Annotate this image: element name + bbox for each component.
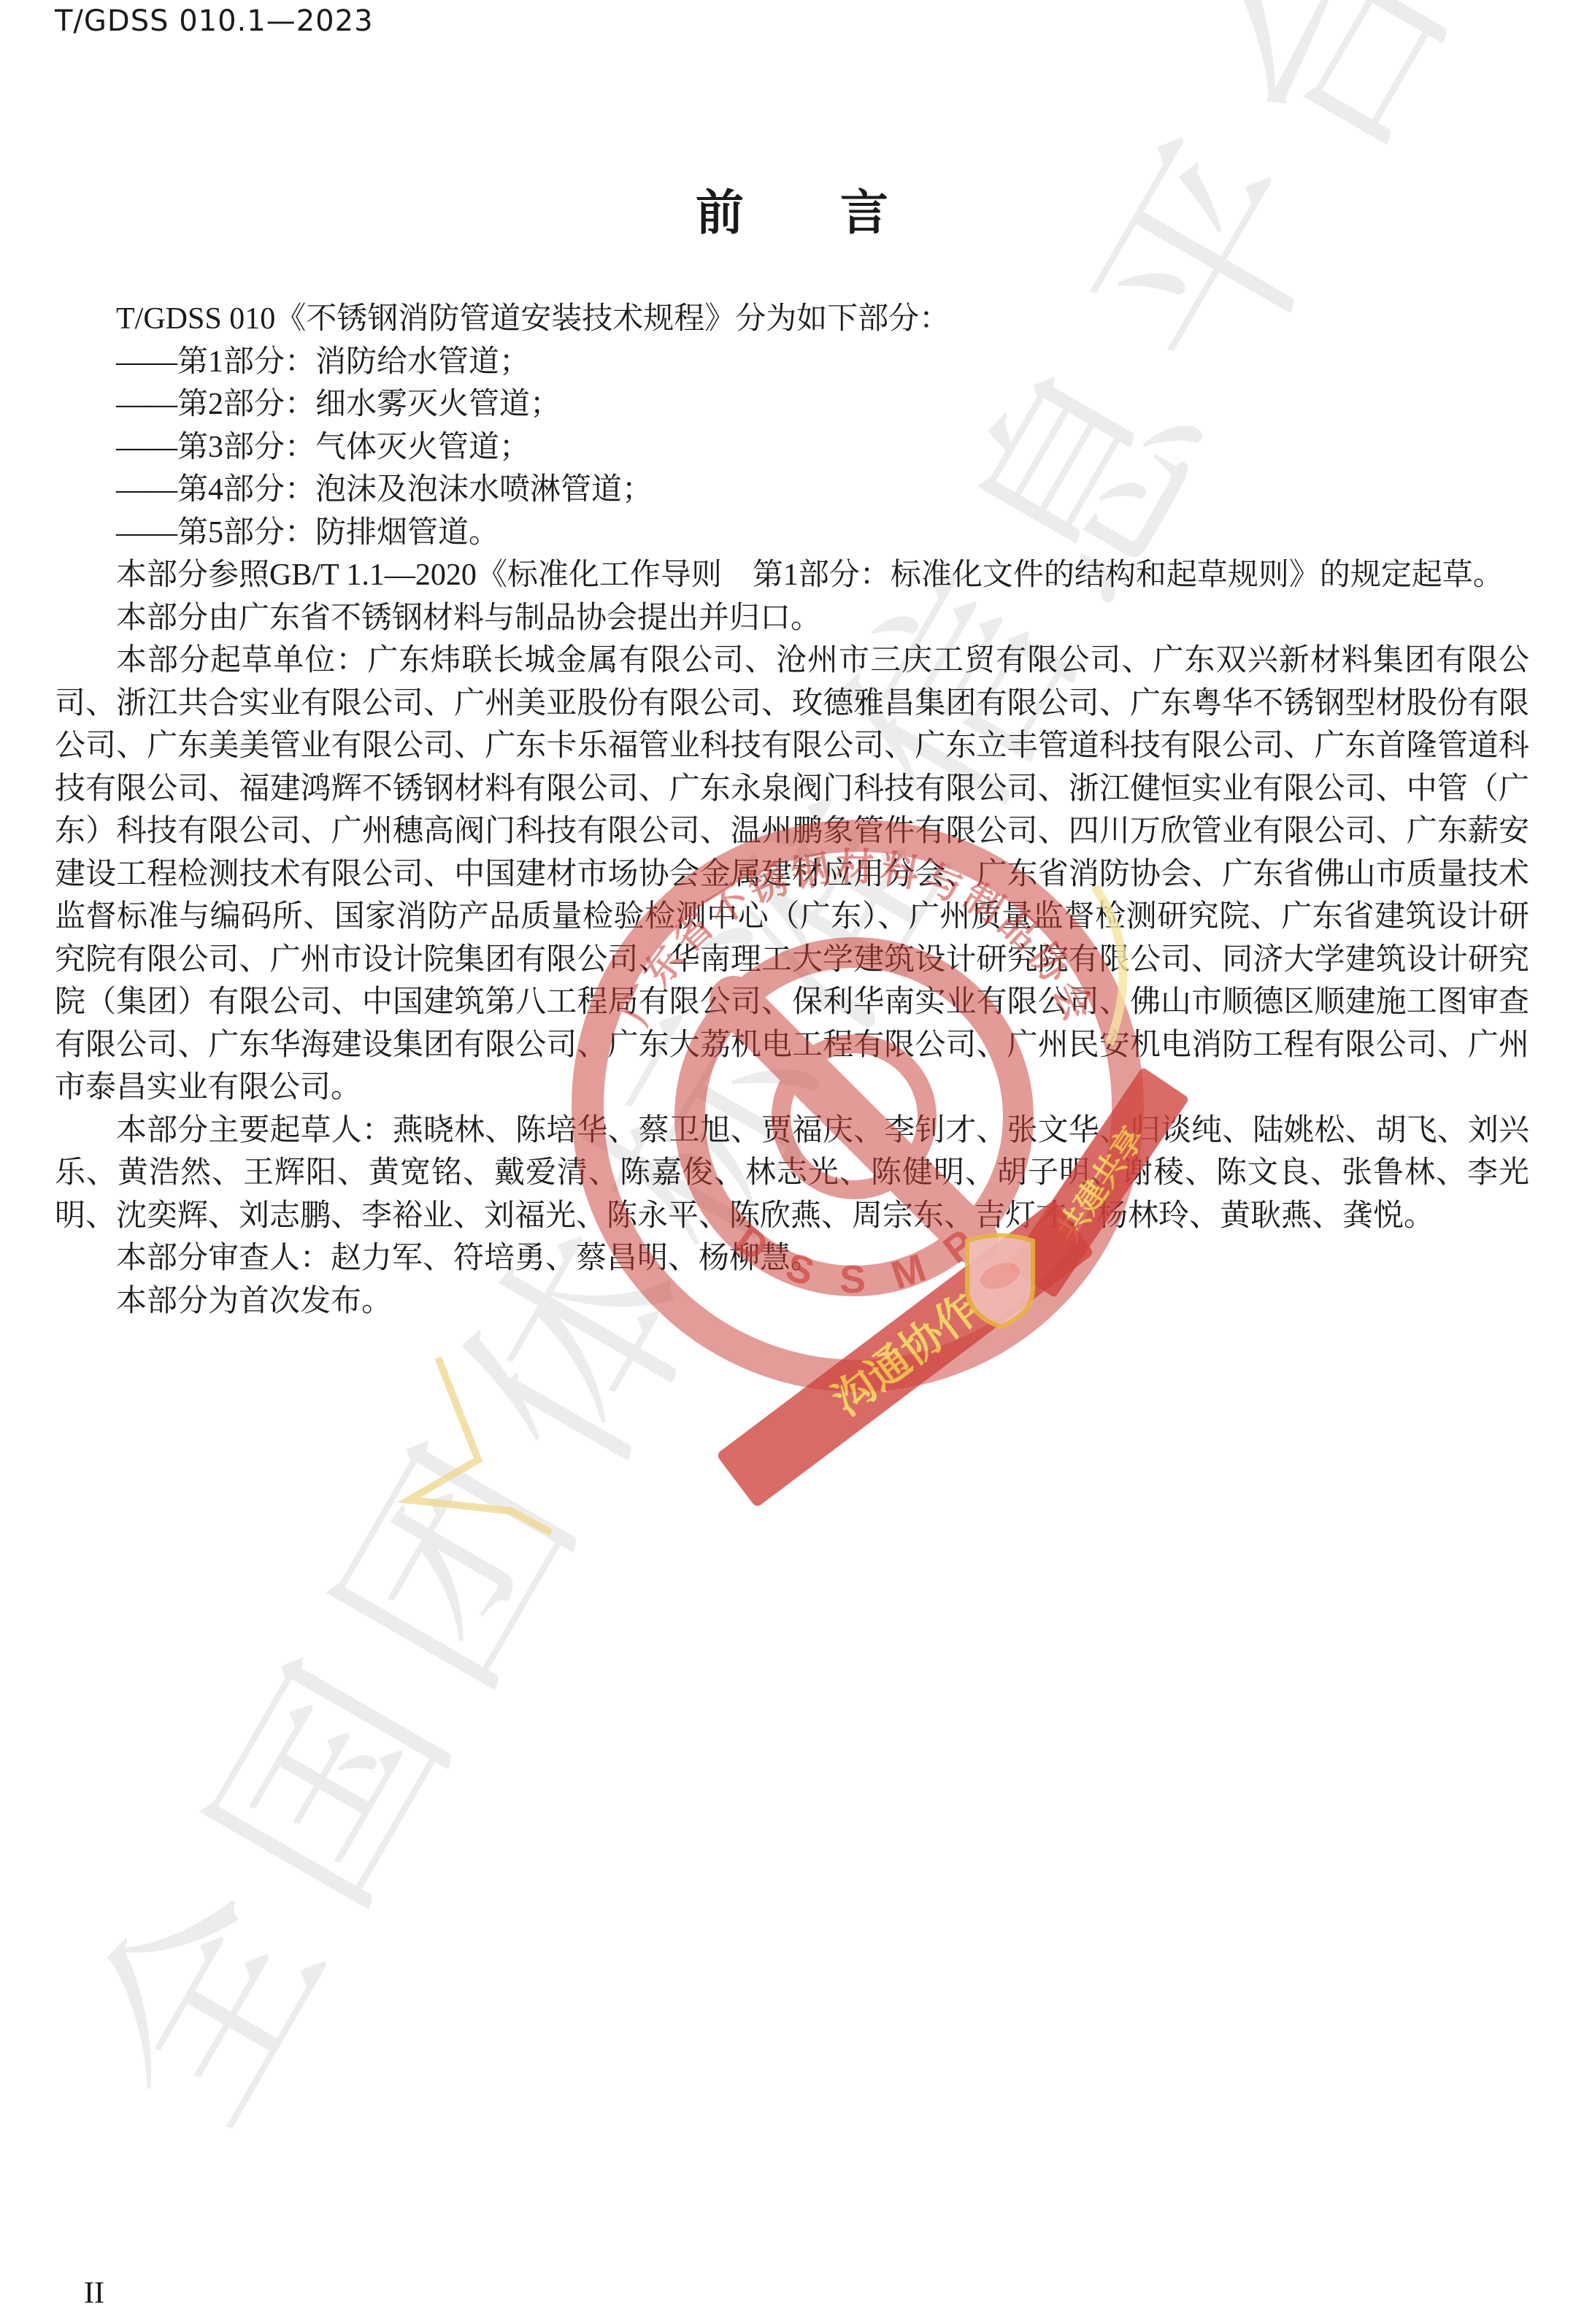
foreword-paragraph-basis: 本部分参照GB/T 1.1—2020《标准化工作导则 第1部分：标准化文件的结构… (55, 554, 1529, 597)
foreword-paragraph-reviewers: 本部分审查人：赵力军、符培勇、蔡昌明、杨柳慧。 (55, 1237, 1529, 1280)
foreword-paragraph-part1: ——第1部分：消防给水管道； (55, 341, 1529, 384)
foreword-paragraph-drafting-units: 本部分起草单位：广东炜联长城金属有限公司、沧州市三庆工贸有限公司、广东双兴新材料… (55, 639, 1529, 1109)
page-number: II (84, 2276, 104, 2311)
foreword-paragraph-part4: ——第4部分：泡沫及泡沫水喷淋管道； (55, 469, 1529, 512)
foreword-paragraph-issuer: 本部分由广东省不锈钢材料与制品协会提出并归口。 (55, 597, 1529, 640)
page-title: 前 言 (0, 174, 1584, 243)
foreword-paragraph-part5: ——第5部分：防排烟管道。 (55, 512, 1529, 555)
standard-doc-code: T/GDSS 010.1—2023 (55, 4, 374, 38)
foreword-paragraph-part2: ——第2部分：细水雾灭火管道； (55, 383, 1529, 426)
foreword-paragraph-first-release: 本部分为首次发布。 (55, 1280, 1529, 1323)
foreword-paragraph-drafters: 本部分主要起草人：燕晓林、陈培华、蔡卫旭、贾福庆、李钊才、张文华、归谈纯、陆姚松… (55, 1109, 1529, 1238)
foreword-body: T/GDSS 010《不锈钢消防管道安装技术规程》分为如下部分： ——第1部分：… (55, 298, 1529, 1323)
foreword-paragraph-intro: T/GDSS 010《不锈钢消防管道安装技术规程》分为如下部分： (55, 298, 1529, 341)
document-page: 全国团体标准信息平台 T/GDSS 010.1—2023 前 言 T/GDSS … (0, 0, 1584, 2324)
foreword-paragraph-part3: ——第3部分：气体灭火管道； (55, 426, 1529, 469)
